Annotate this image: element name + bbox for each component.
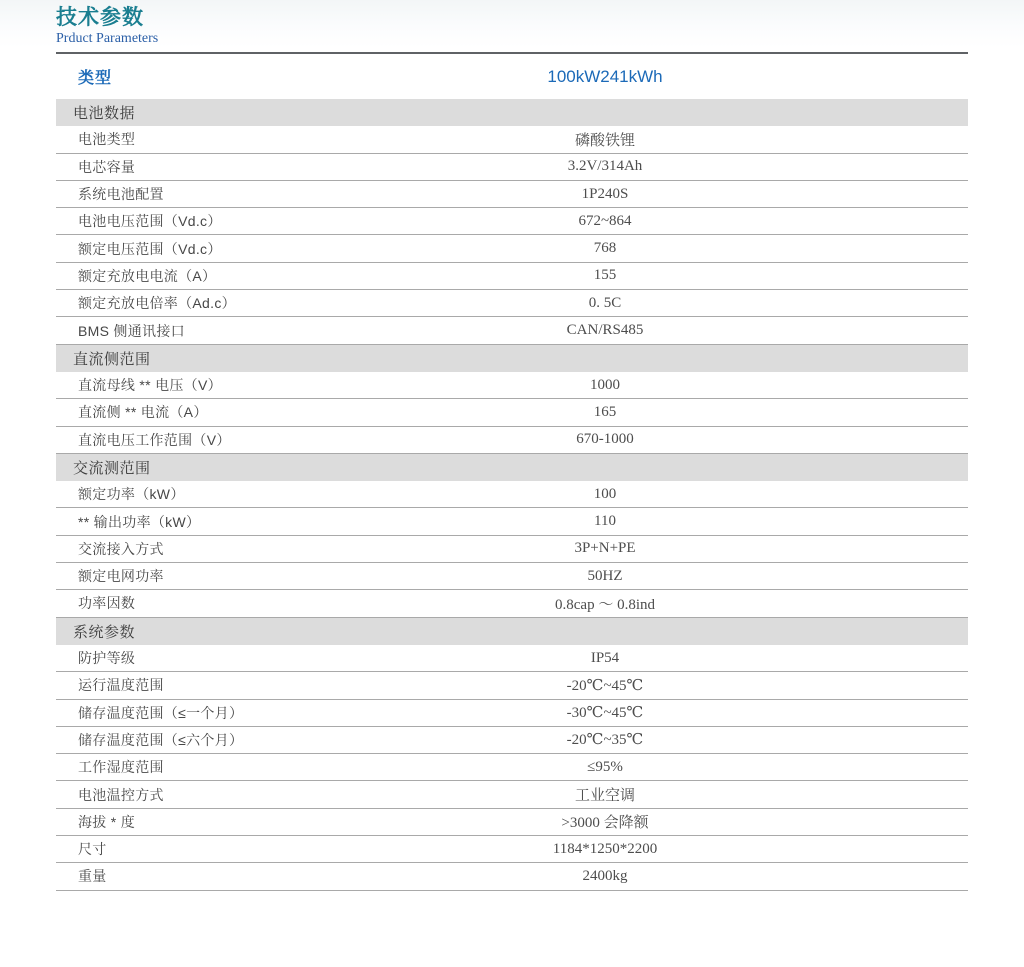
param-row: 功率因数0.8cap ～ 0.8ind xyxy=(56,590,968,617)
param-row: 系统电池配置1P240S xyxy=(56,181,968,208)
param-value: ≤95% xyxy=(485,759,726,776)
param-label: ** 输出功率（kW） xyxy=(56,512,485,532)
section-header: 交流测范围 xyxy=(56,454,968,481)
param-row: 工作湿度范围≤95% xyxy=(56,754,968,781)
param-label: 额定功率（kW） xyxy=(56,484,485,504)
param-row: 额定充放电倍率（Ad.c）0. 5C xyxy=(56,290,968,317)
param-label: 直流侧 ** 电流（A） xyxy=(56,402,485,422)
param-label: 直流电压工作范围（V） xyxy=(56,430,485,450)
param-row: 电池温控方式工业空调 xyxy=(56,781,968,808)
param-value: 1P240S xyxy=(485,186,726,203)
param-value: 3.2V/314Ah xyxy=(485,158,726,175)
param-row: 重量2400kg xyxy=(56,863,968,890)
param-row: 交流接入方式3P+N+PE xyxy=(56,536,968,563)
param-value: 2400kg xyxy=(485,868,726,885)
param-label: 尺寸 xyxy=(56,839,485,859)
param-row: ** 输出功率（kW）110 xyxy=(56,508,968,535)
param-row: 电池类型磷酸铁锂 xyxy=(56,126,968,153)
table-sections: 电池数据电池类型磷酸铁锂电芯容量3.2V/314Ah系统电池配置1P240S电池… xyxy=(56,99,968,891)
param-value: IP54 xyxy=(485,650,726,667)
section-header: 系统参数 xyxy=(56,618,968,645)
param-label: 海拔 * 度 xyxy=(56,812,485,832)
param-value: 1184*1250*2200 xyxy=(485,841,726,858)
type-row: 类型 100kW241kWh xyxy=(56,54,968,99)
param-row: 海拔 * 度>3000 会降额 xyxy=(56,809,968,836)
param-label: 储存温度范围（≤一个月） xyxy=(56,703,485,723)
param-value: 工业空调 xyxy=(485,784,726,805)
param-label: 额定充放电倍率（Ad.c） xyxy=(56,293,485,313)
param-value: 672~864 xyxy=(485,213,726,230)
param-value: 155 xyxy=(485,267,726,284)
param-label: 运行温度范围 xyxy=(56,675,485,695)
param-value: 0. 5C xyxy=(485,295,726,312)
param-label: 工作湿度范围 xyxy=(56,757,485,777)
param-row: 额定电压范围（Vd.c）768 xyxy=(56,235,968,262)
param-label: BMS 侧通讯接口 xyxy=(56,321,485,341)
param-value: -20℃~45℃ xyxy=(485,676,726,695)
type-value: 100kW241kWh xyxy=(485,67,726,87)
param-label: 交流接入方式 xyxy=(56,539,485,559)
param-value: -30℃~45℃ xyxy=(485,703,726,722)
param-label: 重量 xyxy=(56,866,485,886)
param-row: BMS 侧通讯接口CAN/RS485 xyxy=(56,317,968,344)
param-label: 直流母线 ** 电压（V） xyxy=(56,375,485,395)
param-label: 系统电池配置 xyxy=(56,184,485,204)
page-header: 技术参数 Prduct Parameters xyxy=(0,0,1024,47)
spec-table: 类型 100kW241kWh 电池数据电池类型磷酸铁锂电芯容量3.2V/314A… xyxy=(56,52,968,891)
param-value: 0.8cap ～ 0.8ind xyxy=(485,593,726,614)
param-row: 电芯容量3.2V/314Ah xyxy=(56,154,968,181)
param-row: 直流母线 ** 电压（V）1000 xyxy=(56,372,968,399)
param-value: 3P+N+PE xyxy=(485,540,726,557)
param-value: 1000 xyxy=(485,377,726,394)
param-value: CAN/RS485 xyxy=(485,322,726,339)
section-header: 电池数据 xyxy=(56,99,968,126)
param-row: 尺寸1184*1250*2200 xyxy=(56,836,968,863)
type-label: 类型 xyxy=(56,65,485,88)
param-row: 额定充放电电流（A）155 xyxy=(56,263,968,290)
param-label: 电池温控方式 xyxy=(56,785,485,805)
spec-page: 技术参数 Prduct Parameters 类型 100kW241kWh 电池… xyxy=(0,0,1024,967)
page-subtitle: Prduct Parameters xyxy=(56,31,1024,47)
page-title: 技术参数 xyxy=(56,5,1024,31)
param-row: 储存温度范围（≤一个月）-30℃~45℃ xyxy=(56,700,968,727)
param-row: 额定电网功率50HZ xyxy=(56,563,968,590)
param-value: 165 xyxy=(485,404,726,421)
section-header: 直流侧范围 xyxy=(56,345,968,372)
param-row: 防护等级IP54 xyxy=(56,645,968,672)
param-label: 额定电网功率 xyxy=(56,566,485,586)
param-value: -20℃~35℃ xyxy=(485,730,726,749)
param-label: 额定电压范围（Vd.c） xyxy=(56,239,485,259)
param-value: 磷酸铁锂 xyxy=(485,129,726,150)
param-row: 额定功率（kW）100 xyxy=(56,481,968,508)
param-value: >3000 会降额 xyxy=(485,811,726,832)
param-label: 储存温度范围（≤六个月） xyxy=(56,730,485,750)
param-value: 110 xyxy=(485,513,726,530)
param-value: 768 xyxy=(485,240,726,257)
param-value: 670-1000 xyxy=(485,431,726,448)
param-value: 100 xyxy=(485,486,726,503)
param-label: 防护等级 xyxy=(56,648,485,668)
param-row: 直流电压工作范围（V）670-1000 xyxy=(56,427,968,454)
param-row: 直流侧 ** 电流（A）165 xyxy=(56,399,968,426)
param-label: 电池电压范围（Vd.c） xyxy=(56,211,485,231)
param-label: 电芯容量 xyxy=(56,157,485,177)
param-value: 50HZ xyxy=(485,568,726,585)
param-label: 功率因数 xyxy=(56,593,485,613)
param-row: 储存温度范围（≤六个月）-20℃~35℃ xyxy=(56,727,968,754)
param-row: 电池电压范围（Vd.c）672~864 xyxy=(56,208,968,235)
param-label: 额定充放电电流（A） xyxy=(56,266,485,286)
param-row: 运行温度范围-20℃~45℃ xyxy=(56,672,968,699)
param-label: 电池类型 xyxy=(56,129,485,149)
